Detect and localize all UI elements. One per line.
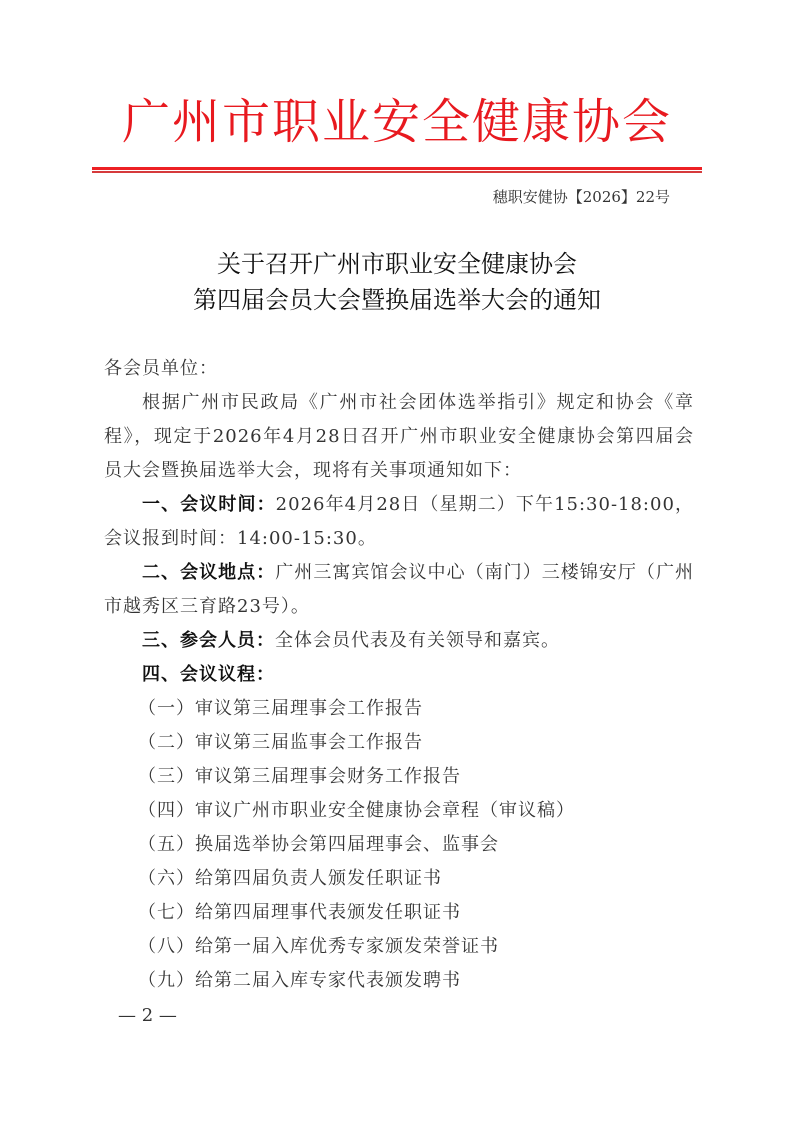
notice-title: 关于召开广州市职业安全健康协会 第四届会员大会暨换届选举大会的通知 [92, 246, 702, 318]
section-heading: 三、参会人员： [142, 630, 275, 651]
section-text: 全体会员代表及有关领导和嘉宾。 [275, 630, 560, 651]
agenda-item: （七）给第四届理事代表颁发任职证书 [138, 896, 694, 930]
notice-body: 各会员单位： 根据广州市民政局《广州市社会团体选举指引》规定和协会《章程》，现定… [104, 352, 694, 998]
agenda-item: （九）给第二届入库专家代表颁发聘书 [138, 964, 694, 998]
agenda-item: （五）换届选举协会第四届理事会、监事会 [138, 828, 694, 862]
agenda-list: （一）审议第三届理事会工作报告 （二）审议第三届监事会工作报告 （三）审议第三届… [104, 692, 694, 998]
letterhead-divider-thick [92, 167, 702, 170]
section-attendees: 三、参会人员：全体会员代表及有关领导和嘉宾。 [104, 624, 694, 658]
document-number: 穗职安健协【2026】22号 [493, 186, 670, 208]
agenda-item: （六）给第四届负责人颁发任职证书 [138, 862, 694, 896]
section-meeting-time: 一、会议时间：2026年4月28日（星期二）下午15:30-18:00，会议报到… [104, 488, 694, 556]
agenda-item: （一）审议第三届理事会工作报告 [138, 692, 694, 726]
organization-letterhead-title: 广州市职业安全健康协会 [92, 92, 702, 152]
notice-title-line-2: 第四届会员大会暨换届选举大会的通知 [92, 282, 702, 318]
agenda-item: （三）审议第三届理事会财务工作报告 [138, 760, 694, 794]
section-meeting-venue: 二、会议地点：广州三寓宾馆会议中心（南门）三楼锦安厅（广州市越秀区三育路23号）… [104, 556, 694, 624]
section-agenda-heading: 四、会议议程： [104, 658, 694, 692]
agenda-item: （四）审议广州市职业安全健康协会章程（审议稿） [138, 794, 694, 828]
intro-paragraph: 根据广州市民政局《广州市社会团体选举指引》规定和协会《章程》，现定于2026年4… [104, 386, 694, 488]
section-heading: 二、会议地点： [142, 562, 275, 583]
section-heading: 一、会议时间： [142, 494, 276, 515]
page-number: — 2 — [118, 1004, 177, 1028]
section-heading: 四、会议议程： [142, 664, 275, 685]
notice-title-line-1: 关于召开广州市职业安全健康协会 [92, 246, 702, 282]
letterhead-divider-thin [92, 171, 702, 173]
agenda-item: （二）审议第三届监事会工作报告 [138, 726, 694, 760]
agenda-item: （八）给第一届入库优秀专家颁发荣誉证书 [138, 930, 694, 964]
salutation: 各会员单位： [104, 352, 694, 386]
